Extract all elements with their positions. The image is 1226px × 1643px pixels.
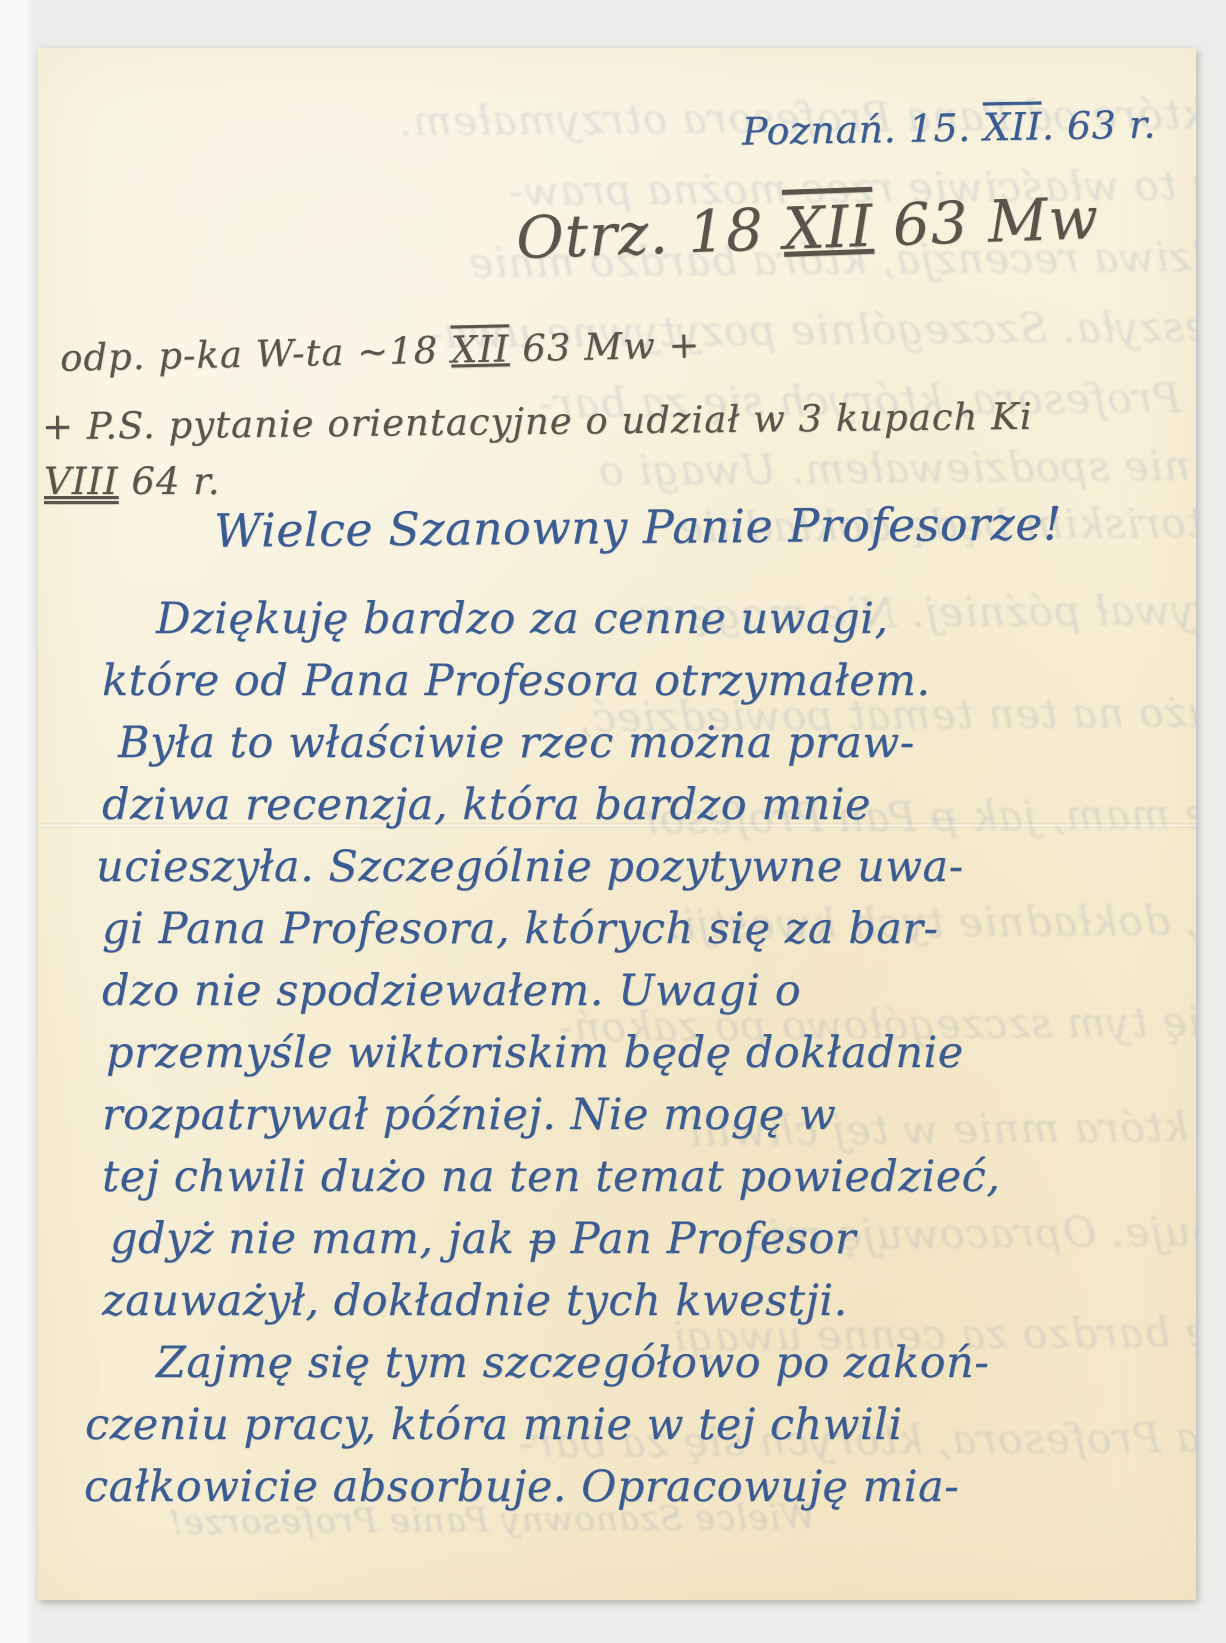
- received-roman-month: XII: [782, 192, 874, 263]
- bleedthrough-line: dzo nie spodziewałem. Uwagi o: [598, 441, 1196, 495]
- date-line: Poznań. 15. XII. 63 r.: [742, 102, 1157, 153]
- body-line: Dziękuję bardzo za cenne uwagi,: [156, 594, 889, 644]
- body-line: Zajmę się tym szczegółowo po zakoń-: [156, 1338, 989, 1388]
- body-line: gi Pana Profesora, których się za bar-: [102, 904, 938, 954]
- filing-roman: VIII: [44, 460, 119, 503]
- date-roman-month: XII: [983, 104, 1042, 149]
- date-prefix: Poznań. 15.: [742, 105, 984, 153]
- ps-annotation: + P.S. pytanie orientacyjne o udział w 3…: [42, 395, 1033, 448]
- date-suffix: . 63 r.: [1041, 102, 1156, 148]
- reply-prefix: odp. p-ka W-ta ~18: [60, 329, 452, 380]
- body-line: rozpatrywał później. Nie mogę w: [102, 1090, 836, 1140]
- body-line: które od Pana Profesora otrzymałem.: [102, 656, 931, 706]
- body-line: czeniu pracy, która mnie w tej chwili: [85, 1400, 903, 1450]
- filing-suffix: 64 r.: [119, 460, 221, 503]
- received-suffix: 63 Mw: [872, 184, 1100, 260]
- filing-date-annotation: VIII 64 r.: [44, 460, 221, 503]
- letter-page: które od Pana Profesora otrzymałem. Była…: [38, 48, 1196, 1600]
- body-line: całkowicie absorbuje. Opracowuję mia-: [84, 1462, 959, 1512]
- reply-roman-month: XII: [451, 327, 510, 371]
- body-line: dziwa recenzja, która bardzo mnie: [102, 780, 871, 830]
- body-line: przemyśle wiktoriskim będę dokładnie: [106, 1028, 964, 1078]
- body-line: Była to właściwie rzec można praw-: [118, 718, 915, 768]
- reply-annotation: odp. p-ka W-ta ~18 XII 63 Mw +: [60, 323, 701, 379]
- reply-suffix: 63 Mw +: [509, 323, 701, 370]
- body-line: tej chwili dużo na ten temat powiedzieć,: [102, 1152, 1000, 1202]
- received-prefix: Otrz. 18: [515, 195, 784, 272]
- body-line: dzo nie spodziewałem. Uwagi o: [102, 966, 801, 1016]
- body-line: ucieszyła. Szczególnie pozytywne uwa-: [96, 842, 964, 892]
- salutation-line: Wielce Szanowny Panie Profesorze!: [214, 496, 1062, 557]
- body-line: gdyż nie mam, jak p̶ Pan Profesor: [110, 1214, 856, 1264]
- body-line: zauważył, dokładnie tych kwestji.: [102, 1276, 848, 1326]
